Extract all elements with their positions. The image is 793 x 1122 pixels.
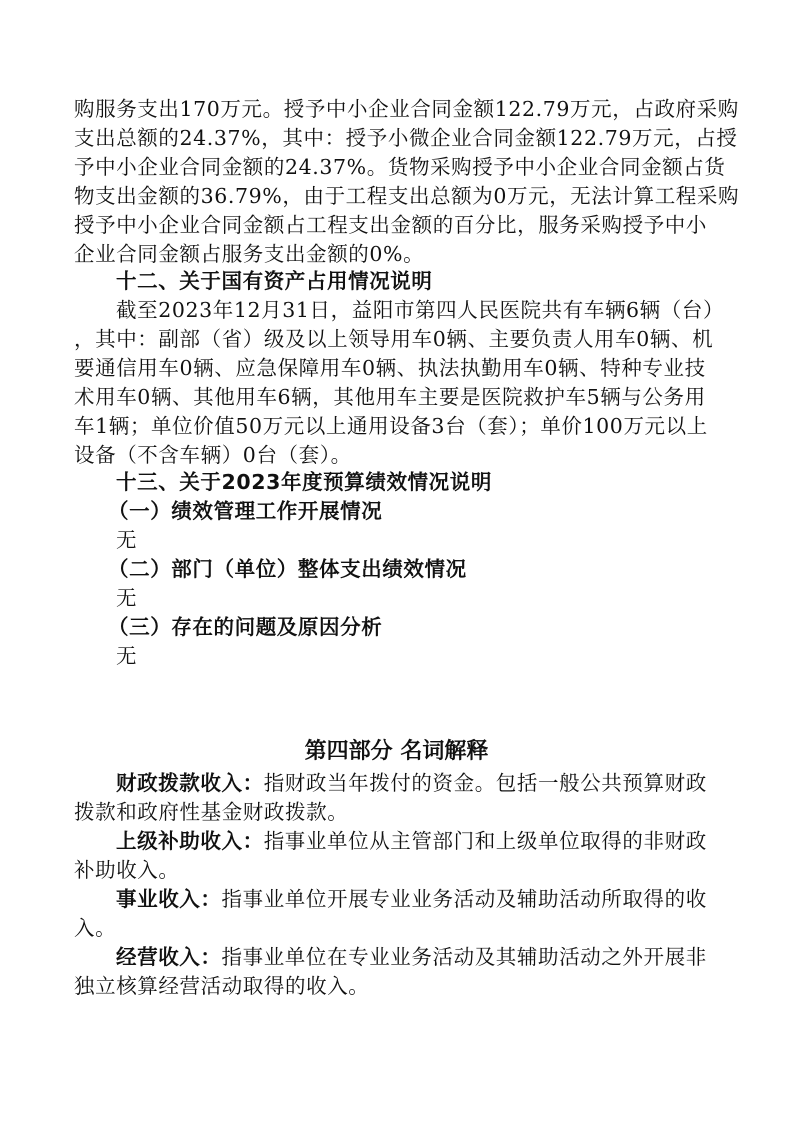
term-definition: 经营收入：指事业单位在专业业务活动及其辅助活动之外开展非 bbox=[116, 943, 707, 971]
body-text-line: 车1辆；单位价值50万元以上通用设备3台（套）；单价100万元以上 bbox=[74, 412, 708, 440]
term-definition: 事业收入：指事业单位开展专业业务活动及辅助活动所取得的收 bbox=[116, 885, 707, 913]
term-text: 指事业单位在专业业务活动及其辅助活动之外开展非 bbox=[222, 945, 707, 969]
section-heading: 十三、关于2023年度预算绩效情况说明 bbox=[116, 468, 492, 496]
body-text-line: 物支出金额的36.79%，由于工程支出总额为0万元，无法计算工程采购 bbox=[74, 182, 739, 210]
term-continuation: 补助收入。 bbox=[74, 856, 180, 884]
body-text-line: 支出总额的24.37%，其中：授予小微企业合同金额122.79万元，占授 bbox=[74, 124, 738, 152]
term-label: 上级补助收入： bbox=[116, 829, 264, 853]
term-definition: 上级补助收入：指事业单位从主管部门和上级单位取得的非财政 bbox=[116, 827, 707, 855]
term-text: 指财政当年拨付的资金。包括一般公共预算财政 bbox=[264, 771, 707, 795]
document-page: 购服务支出170万元。授予中小企业合同金额122.79万元，占政府采购 支出总额… bbox=[0, 0, 793, 1122]
subsection-heading: （一）绩效管理工作开展情况 bbox=[108, 497, 382, 525]
body-text-line: ，其中：副部（省）级及以上领导用车0辆、主要负责人用车0辆、机 bbox=[74, 325, 713, 353]
term-continuation: 独立核算经营活动取得的收入。 bbox=[74, 972, 369, 1000]
term-definition: 财政拨款收入：指财政当年拨付的资金。包括一般公共预算财政 bbox=[116, 769, 707, 797]
term-label: 经营收入： bbox=[116, 945, 222, 969]
term-label: 事业收入： bbox=[116, 887, 222, 911]
body-text-line: 术用车0辆、其他用车6辆，其他用车主要是医院救护车5辆与公务用 bbox=[74, 383, 706, 411]
subsection-content: 无 bbox=[116, 642, 137, 670]
term-label: 财政拨款收入： bbox=[116, 771, 264, 795]
body-text-line: 截至2023年12月31日，益阳市第四人民医院共有车辆6辆（台） bbox=[116, 296, 724, 324]
part-title: 第四部分 名词解释 bbox=[0, 737, 793, 767]
body-text-line: 予中小企业合同金额的24.37%。货物采购授予中小企业合同金额占货 bbox=[74, 153, 725, 181]
body-text-line: 授予中小企业合同金额占工程支出金额的百分比，服务采购授予中小 bbox=[74, 211, 707, 239]
body-text-line: 要通信用车0辆、应急保障用车0辆、执法执勤用车0辆、特种专业技 bbox=[74, 354, 706, 382]
term-text: 指事业单位从主管部门和上级单位取得的非财政 bbox=[264, 829, 707, 853]
term-text: 指事业单位开展专业业务活动及辅助活动所取得的收 bbox=[222, 887, 707, 911]
term-continuation: 拨款和政府性基金财政拨款。 bbox=[74, 798, 348, 826]
subsection-heading: （三）存在的问题及原因分析 bbox=[108, 613, 382, 641]
subsection-content: 无 bbox=[116, 526, 137, 554]
term-continuation: 入。 bbox=[74, 914, 116, 942]
subsection-heading: （二）部门（单位）整体支出绩效情况 bbox=[108, 555, 467, 583]
body-text-line: 购服务支出170万元。授予中小企业合同金额122.79万元，占政府采购 bbox=[74, 95, 739, 123]
body-text-line: 企业合同金额占服务支出金额的0%。 bbox=[74, 240, 424, 268]
subsection-content: 无 bbox=[116, 584, 137, 612]
body-text-line: 设备（不含车辆）0台（套）。 bbox=[74, 441, 352, 469]
section-heading: 十二、关于国有资产占用情况说明 bbox=[116, 267, 433, 295]
